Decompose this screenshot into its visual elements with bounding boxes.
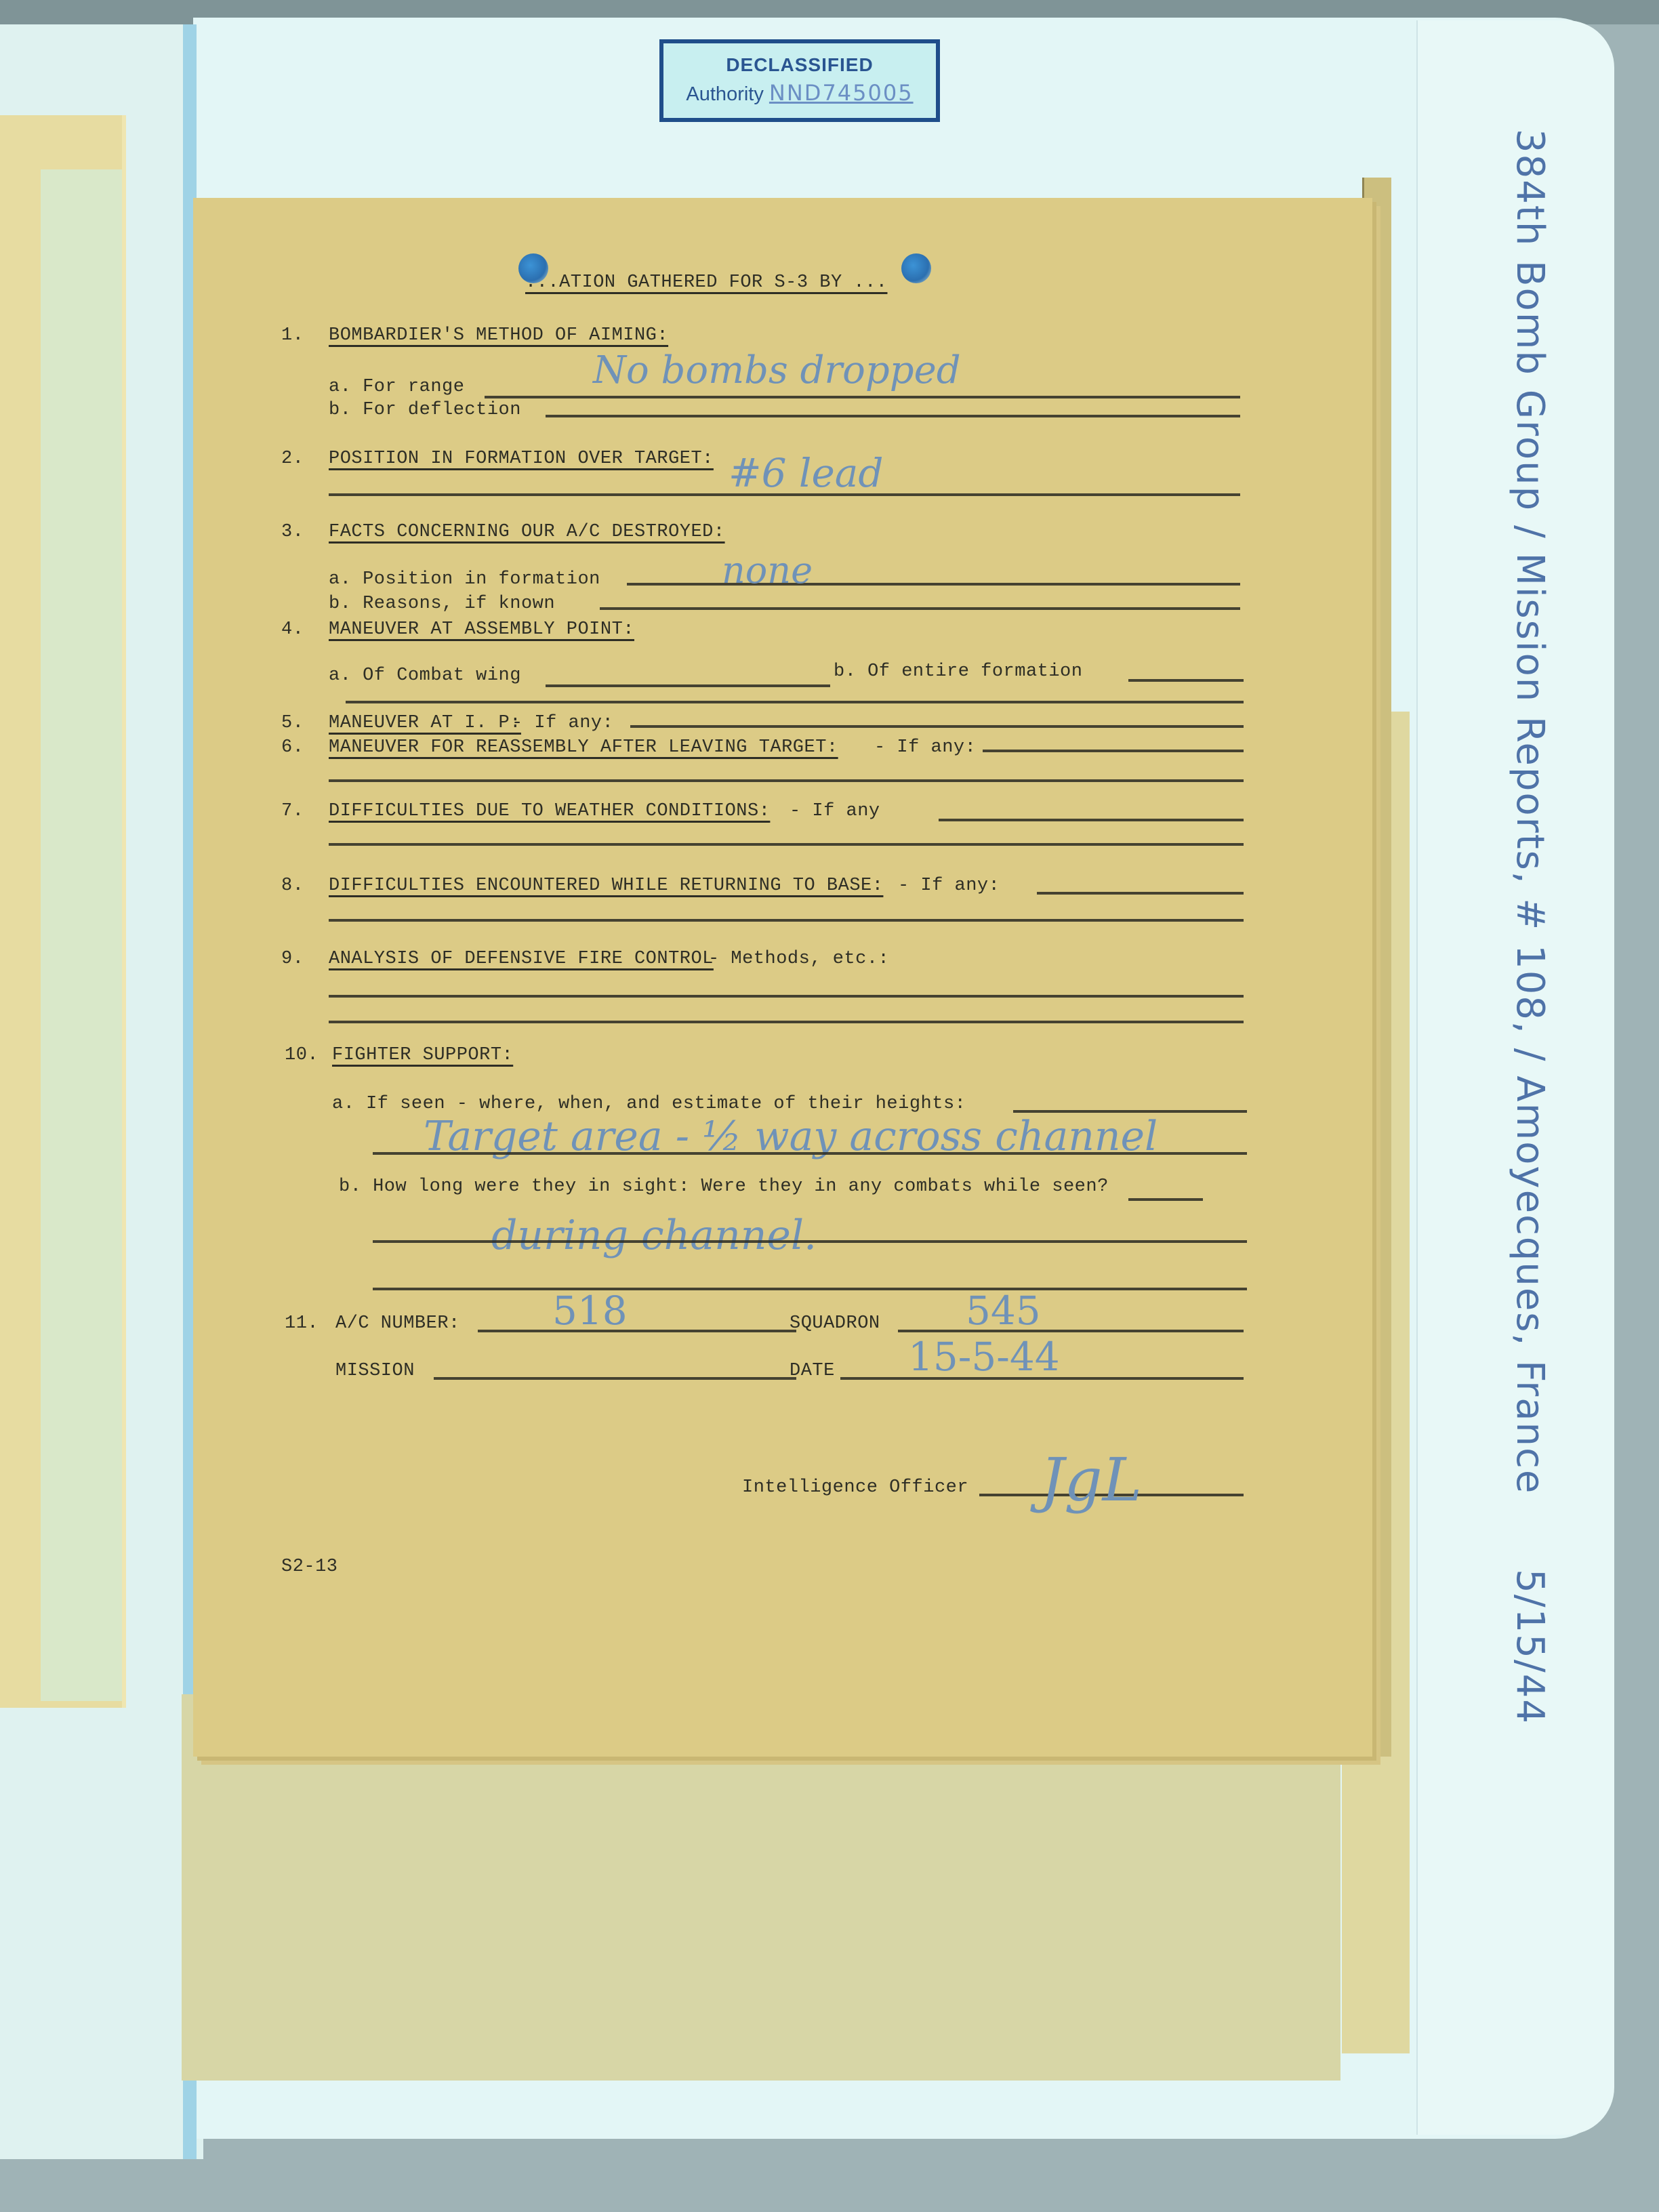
- authority-label: Authority: [686, 83, 763, 105]
- item-number: 5.: [281, 713, 304, 733]
- item-heading: ANALYSIS OF DEFENSIVE FIRE CONTROL: [329, 949, 714, 969]
- answer-line: [1128, 679, 1244, 682]
- item-heading: DIFFICULTIES ENCOUNTERED WHILE RETURNING…: [329, 876, 883, 896]
- answer-line: [983, 750, 1244, 752]
- item-number: 7.: [281, 801, 304, 821]
- date-value: 15-5-44: [908, 1334, 1060, 1380]
- stamp-authority: Authority NND745005: [663, 80, 936, 106]
- field-label: b. Of entire formation: [834, 661, 1082, 682]
- item-number: 1.: [281, 325, 304, 346]
- answer-line: [898, 1330, 1244, 1332]
- answer-line: [630, 725, 1244, 728]
- item-heading: MANEUVER FOR REASSEMBLY AFTER LEAVING TA…: [329, 737, 838, 758]
- field-label: a. Of Combat wing: [329, 665, 521, 686]
- field-label: a. If seen - where, when, and estimate o…: [332, 1094, 966, 1114]
- answer-line: [627, 583, 1240, 586]
- s2-form-sheet: ...ATION GATHERED FOR S-3 BY ... 1. BOMB…: [193, 198, 1372, 1757]
- field-label: a. For range: [329, 377, 464, 397]
- answer-line: [1128, 1198, 1203, 1201]
- answer-line: [346, 701, 1244, 703]
- answer-line: [329, 995, 1244, 998]
- declassified-stamp: DECLASSIFIED Authority NND745005: [659, 39, 940, 122]
- answer-line: [939, 819, 1244, 821]
- punch-hole-icon: [901, 253, 931, 283]
- field-label: a. Position in formation: [329, 569, 600, 590]
- answer-line: [434, 1377, 796, 1380]
- answer-line: [373, 1288, 1247, 1290]
- squadron-value: 545: [966, 1288, 1041, 1334]
- item-suffix: - If any:: [898, 876, 1000, 896]
- answer-line: [329, 1021, 1244, 1023]
- answer-line: [478, 1330, 796, 1332]
- answer-line: [329, 493, 1240, 496]
- item-heading: FIGHTER SUPPORT:: [332, 1045, 513, 1065]
- handwritten-answer: during channel.: [491, 1212, 817, 1259]
- officer-signature: JgL: [1040, 1445, 1142, 1515]
- answer-line: [373, 1240, 1247, 1243]
- answer-line: [600, 607, 1240, 610]
- answer-line: [329, 919, 1244, 922]
- item-suffix: - If any:: [874, 737, 976, 758]
- mission-label: MISSION: [335, 1361, 415, 1381]
- item-number: 3.: [281, 522, 304, 542]
- form-number: S2-13: [281, 1557, 338, 1577]
- folder-tab-date: 5/15/44: [1508, 1569, 1552, 1725]
- form-title: ...ATION GATHERED FOR S-3 BY ...: [525, 272, 887, 293]
- answer-line: [329, 843, 1244, 846]
- item-heading: FACTS CONCERNING OUR A/C DESTROYED:: [329, 522, 725, 542]
- item-heading: DIFFICULTIES DUE TO WEATHER CONDITIONS:: [329, 801, 770, 821]
- left-paper-stack-inner: [41, 169, 122, 1701]
- item-number: 6.: [281, 737, 304, 758]
- item-number: 10.: [285, 1045, 319, 1065]
- answer-line: [546, 415, 1240, 417]
- item-heading: MANEUVER AT ASSEMBLY POINT:: [329, 619, 634, 640]
- item-suffix: - If any: [790, 801, 880, 821]
- handwritten-answer: 518: [552, 1288, 628, 1334]
- item-number: 8.: [281, 876, 304, 896]
- answer-line: [329, 779, 1244, 782]
- item-suffix: - Methods, etc.:: [708, 949, 889, 969]
- item-suffix: - If any:: [512, 713, 613, 733]
- item-number: 9.: [281, 949, 304, 969]
- field-label: b. For deflection: [329, 400, 521, 420]
- item-number: 4.: [281, 619, 304, 640]
- item-heading: BOMBARDIER'S METHOD OF AIMING:: [329, 325, 668, 346]
- item-number: 11.: [285, 1313, 319, 1334]
- field-label: b. How long were they in sight: Were the…: [339, 1176, 1109, 1197]
- officer-label: Intelligence Officer: [742, 1477, 968, 1498]
- item-number: 2.: [281, 449, 304, 469]
- answer-line: [1037, 892, 1244, 895]
- handwritten-answer: #6 lead: [729, 450, 884, 496]
- date-label: DATE: [790, 1361, 835, 1381]
- squadron-label: SQUADRON: [790, 1313, 880, 1334]
- stamp-title: DECLASSIFIED: [663, 54, 936, 76]
- item-heading: MANEUVER AT I. P:: [329, 713, 521, 733]
- answer-line: [546, 684, 830, 687]
- handwritten-answer: No bombs dropped: [593, 348, 961, 392]
- answer-line: [485, 396, 1240, 398]
- item-heading: POSITION IN FORMATION OVER TARGET:: [329, 449, 714, 469]
- folder-tab-label: 384th Bomb Group / Mission Reports, # 10…: [1498, 129, 1552, 1654]
- handwritten-answer: none: [722, 549, 813, 592]
- answer-line: [373, 1152, 1247, 1155]
- item-heading: A/C NUMBER:: [335, 1313, 460, 1334]
- field-label: b. Reasons, if known: [329, 594, 555, 614]
- authority-value: NND745005: [769, 80, 914, 106]
